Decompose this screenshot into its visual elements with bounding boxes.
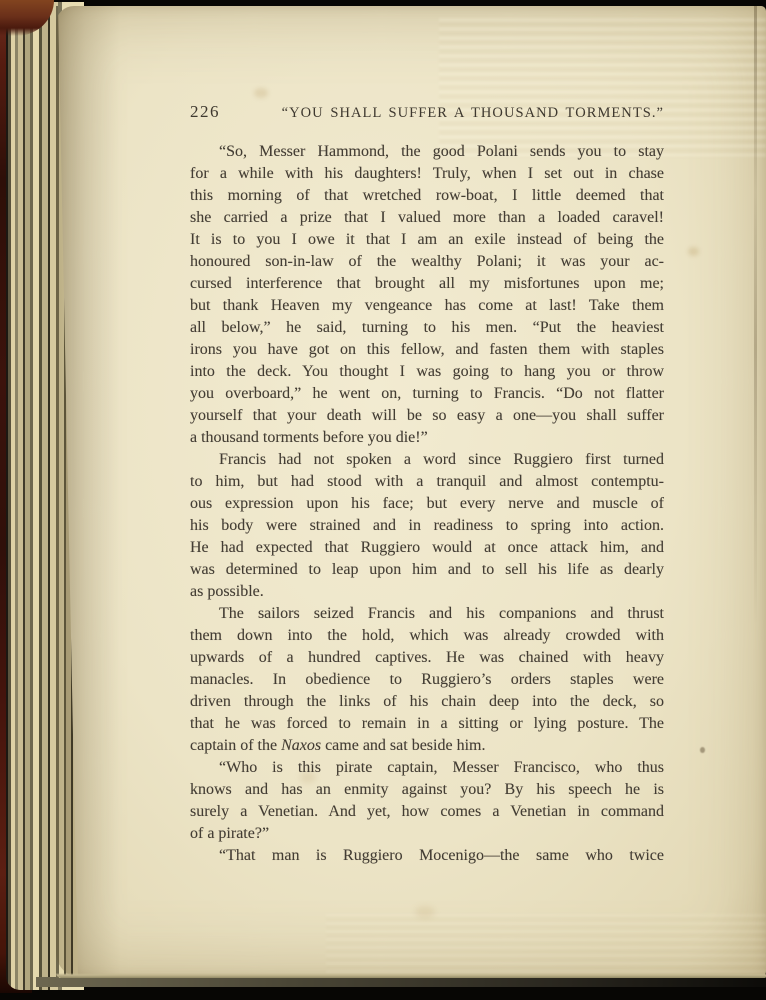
text-line: that he was forced to remain in a sittin…	[190, 713, 664, 735]
page-bottom-edge	[56, 973, 766, 978]
text-line: Francis had not spoken a word since Rugg…	[190, 449, 664, 471]
text-line: she carried a prize that I valued more t…	[190, 207, 664, 229]
text-line: surely a Venetian. And yet, how comes a …	[190, 801, 664, 823]
paragraph: “Who is this pirate captain, Messer Fran…	[190, 757, 664, 845]
text-segment: captain of the	[190, 737, 281, 754]
text-line: as possible.	[190, 581, 664, 603]
text-line: driven through the links of his chain de…	[190, 691, 664, 713]
text-line: captain of the Naxos came and sat beside…	[190, 735, 664, 757]
text-line: “Who is this pirate captain, Messer Fran…	[190, 757, 664, 779]
running-head: 226 “YOU SHALL SUFFER A THOUSAND TORMENT…	[190, 102, 664, 122]
text-line: The sailors seized Francis and his compa…	[190, 603, 664, 625]
text-line: irons you have got on this fellow, and f…	[190, 339, 664, 361]
text-line: upwards of a hundred captives. He was ch…	[190, 647, 664, 669]
bottom-page-edges	[36, 977, 766, 987]
text-line: you overboard,” he went on, turning to F…	[190, 383, 664, 405]
text-line: knows and has an enmity against you? By …	[190, 779, 664, 801]
text-line: his body were strained and in readiness …	[190, 515, 664, 537]
running-head-title: “YOU SHALL SUFFER A THOUSAND TORMENTS.”	[282, 105, 664, 122]
text-line: manacles. In obedience to Ruggiero’s ord…	[190, 669, 664, 691]
text-segment: came and sat beside him.	[321, 737, 485, 754]
paragraph: Francis had not spoken a word since Rugg…	[190, 449, 664, 603]
text-line: them down into the hold, which was alrea…	[190, 625, 664, 647]
page-crease	[754, 6, 757, 626]
text-line: all below,” he said, turning to his men.…	[190, 317, 664, 339]
body-text: “So, Messer Hammond, the good Polani sen…	[190, 141, 664, 867]
foxing-spot	[700, 747, 705, 753]
text-line: honoured son-in-law of the wealthy Polan…	[190, 251, 664, 273]
text-block: 226 “YOU SHALL SUFFER A THOUSAND TORMENT…	[190, 102, 664, 867]
paragraph: The sailors seized Francis and his compa…	[190, 603, 664, 757]
ship-name-italic: Naxos	[281, 737, 321, 754]
text-line: “That man is Ruggiero Mocenigo—the same …	[190, 845, 664, 867]
page-number: 226	[190, 102, 220, 122]
text-line: into the deck. You thought I was going t…	[190, 361, 664, 383]
text-line: “So, Messer Hammond, the good Polani sen…	[190, 141, 664, 163]
text-line: to him, but had stood with a tranquil an…	[190, 471, 664, 493]
text-line: for a while with his daughters! Truly, w…	[190, 163, 664, 185]
text-line: yourself that your death will be so easy…	[190, 405, 664, 427]
text-line: cursed interference that brought all my …	[190, 273, 664, 295]
text-line: He had expected that Ruggiero would at o…	[190, 537, 664, 559]
paragraph: “So, Messer Hammond, the good Polani sen…	[190, 141, 664, 449]
text-line: a thousand torments before you die!”	[190, 427, 664, 449]
spine-shadow	[56, 6, 120, 978]
text-line: was determined to leap upon him and to s…	[190, 559, 664, 581]
paragraph: “That man is Ruggiero Mocenigo—the same …	[190, 845, 664, 867]
foxing-spot	[688, 247, 699, 256]
text-line: but thank Heaven my vengeance has come a…	[190, 295, 664, 317]
text-line: ous expression upon his face; but every …	[190, 493, 664, 515]
scan-streaks-bottom	[326, 914, 766, 974]
text-line: of a pirate?”	[190, 823, 664, 845]
foxing-spot	[415, 906, 435, 918]
foxing-spot	[254, 88, 268, 98]
text-line: this morning of that wretched row-boat, …	[190, 185, 664, 207]
book-page: 226 “YOU SHALL SUFFER A THOUSAND TORMENT…	[56, 6, 766, 978]
scanned-book-photo: 226 “YOU SHALL SUFFER A THOUSAND TORMENT…	[0, 0, 766, 1000]
text-line: It is to you I owe it that I am an exile…	[190, 229, 664, 251]
